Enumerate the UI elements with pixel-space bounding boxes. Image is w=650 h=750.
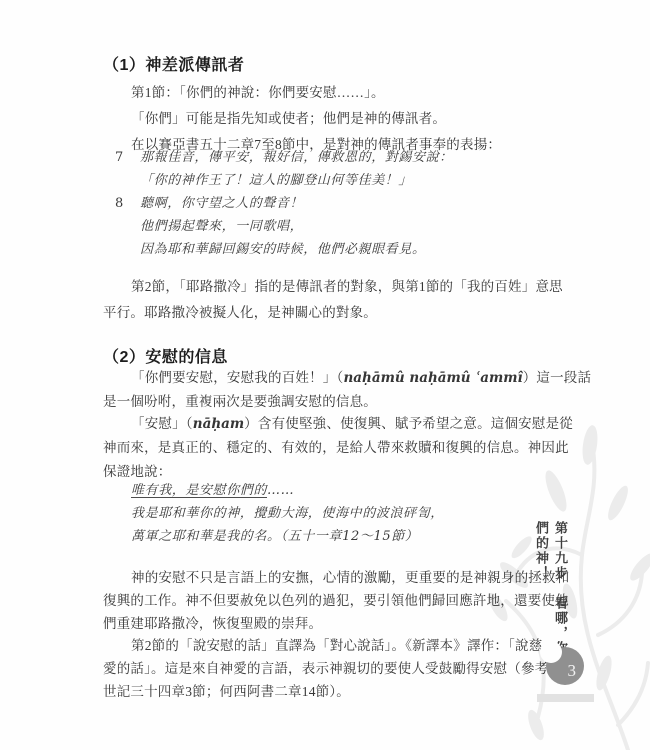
text-line: 平行。耶路撒冷被擬人化，是神關心的對象。 [103,300,563,326]
text-line: 世記三十四章3節；何西阿書二章14節）。 [103,680,562,703]
text-line: 萬軍之耶和華是我的名。（五十一章12～15節） [131,525,444,548]
scripture-verse-block: 7那報佳音，傳平安，報好信，傳救恩的，對錫安說：「你的神作王了！這人的腳登山何等… [103,146,453,261]
text-line: 8聽啊，你守望之人的聲音！ [115,192,453,215]
text-line: 因為耶和華歸回錫安的時候，他們必親眼看見。 [115,238,453,261]
text-line: 我是耶和華你的神，攪動大海，使海中的波浪砰訇， [131,502,444,525]
text-line: （1）神差派傳訊者 [103,54,244,78]
text-line: 「你們要安慰，安慰我的百姓！」（naḥāmû naḥāmû ʿammî）這一段話 [103,366,591,390]
text-line: 第2節的「說安慰的話」直譯為「對心說話」。《新譯本》譯作：「說慈 [103,634,562,657]
text-line: 「你們」可能是指先知或使者；他們是神的傳訊者。 [103,106,501,132]
text-line: 「安慰」（nāḥam）含有使堅強、使復興、賦予希望之意。這個安慰是從 [103,412,573,436]
text-line: 「你的神作王了！這人的腳登山何等佳美！」 [115,169,453,192]
paragraph-naham-meaning: 「安慰」（nāḥam）含有使堅強、使復興、賦予希望之意。這個安慰是從神而來，是真… [103,412,573,484]
text-line: 唯有我，是安慰你們的…… [131,479,444,502]
text-line: 第1節：「你們的神說：你們要安慰……」。 [103,80,501,106]
paragraph-gods-comfort: 神的安慰不只是言語上的安撫，心情的激勵，更重要的是神親身的拯救和復興的工作。神不… [103,566,569,635]
section-heading-1: （1）神差派傳訊者 [103,54,244,78]
text-line: 愛的話」。這是來自神愛的言語，表示神親切的要使人受鼓勵得安慰（參考創 [103,657,562,680]
text-line: 第2節，「耶路撒冷」指的是傳訊者的對象，與第1節的「我的百姓」意思 [103,274,563,300]
paragraph-comfort-command: 「你們要安慰，安慰我的百姓！」（naḥāmû naḥāmû ʿammî）這一段話… [103,366,591,414]
page-number-badge: 3 [546,647,584,685]
text-line: 是一個吩咐，重複兩次是要強調安慰的信息。 [103,390,591,414]
vertical-chapter-title: 第十九步 看哪，你們的神！ [532,521,570,661]
text-line: 他們揚起聲來，一同歌唱， [115,215,453,238]
scripture-quote-block: 唯有我，是安慰你們的……我是耶和華你的神，攪動大海，使海中的波浪砰訇，萬軍之耶和… [103,479,444,548]
footer-bar-decoration [537,694,594,702]
text-line: 7那報佳音，傳平安，報好信，傳救恩的，對錫安說： [115,146,453,169]
book-page: （1）神差派傳訊者 第1節：「你們的神說：你們要安慰……」。「你們」可能是指先知… [0,0,650,750]
paragraph-jerusalem: 第2節，「耶路撒冷」指的是傳訊者的對象，與第1節的「我的百姓」意思平行。耶路撒冷… [103,274,563,326]
text-line: 們重建耶路撒冷，恢復聖殿的崇拜。 [103,612,569,635]
text-line: 復興的工作。神不但要赦免以色列的過犯，要引領他們歸回應許地，還要使他 [103,589,569,612]
text-line: 神的安慰不只是言語上的安撫，心情的激勵，更重要的是神親身的拯救和 [103,566,569,589]
page-number: 3 [568,661,577,681]
text-line: 神而來，是真正的、穩定的、有效的，是給人帶來救贖和復興的信息。神因此 [103,436,573,460]
paragraph-speak-to-heart: 第2節的「說安慰的話」直譯為「對心說話」。《新譯本》譯作：「說慈愛的話」。這是來… [103,634,562,703]
